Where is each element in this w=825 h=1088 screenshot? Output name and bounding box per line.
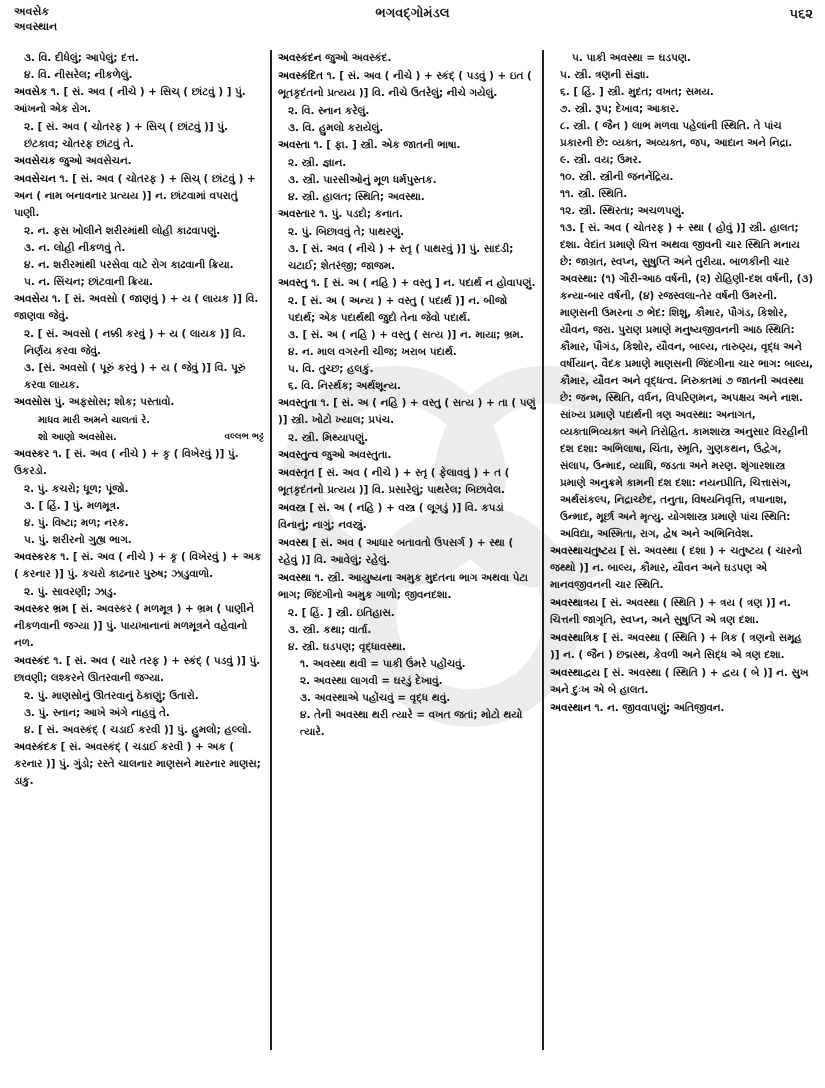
sense-line: ૨. પું. બિછાવવું તે; પાથરણું. <box>278 224 536 241</box>
sense-line: ૪. સ્ત્રી. ઘડપણ; વૃદ્ધાવસ્થા. <box>278 639 536 656</box>
sense-line: ૨. [ હિં. ] સ્ત્રી. ઇતિહાસ. <box>278 605 536 622</box>
sense-line: ૪. વિ. નીસરેલ; નીકળેલું. <box>14 67 264 84</box>
dictionary-entry: અવસ્તુ ૧. [ સં. અ ( નહિ ) + વસ્તુ ] ન. પ… <box>278 275 536 292</box>
headword: અવસ્કંદક <box>14 741 57 753</box>
sense-line: ૪. સ્ત્રી. હાલત; સ્થિતિ; અવસ્થા. <box>278 189 536 206</box>
definition-text: જુઓ અવસ્કંદ. <box>321 52 391 64</box>
headword: અવસ્ત્ર <box>278 502 306 514</box>
dictionary-entry: અવસ્તા ૧. [ ફા. ] સ્ત્રી. એક જાતની ભાષા. <box>278 137 536 154</box>
definition-text: જુઓ અવસેચન. <box>56 155 132 167</box>
sense-line: ૩. [સં. અવસો ( પૂરું કરવું ) + ય ( જેવું… <box>14 360 264 394</box>
dictionary-entry: અવસેચક જુઓ અવસેચન. <box>14 153 264 170</box>
dictionary-entry: અવસોસ પું. અફસોસ; શોક; પસ્તાવો. <box>14 394 264 411</box>
dictionary-entry: અવસ્કંદિત ૧. [ સં. અવ ( નીચે ) + સ્કંદ્ … <box>278 68 536 102</box>
headword: અવસ્કરક <box>14 551 57 563</box>
sense-line: ૭. સ્ત્રી. રૂપ; દેખાવ; આકાર. <box>550 101 814 118</box>
dictionary-entry: અવસેક ૧. [ સં. અવ ( નીચે ) + સિચ્ ( છાંટ… <box>14 84 264 118</box>
headword: અવસ્થાચતુષ્ટય <box>550 545 616 557</box>
sense-line: ૫. પું. શરીરનો ગુહ્ય ભાગ. <box>14 532 264 549</box>
sense-line: ૪. [ સં. અવસ્કંદ્ ( ચડાઈ કરવી )] પું. હુ… <box>14 722 264 739</box>
dictionary-title: ભગવદ્ગોમંડલ <box>0 6 825 21</box>
dictionary-entry: અવસ્તાર ૧. પું. પડદો; કનાત. <box>278 206 536 223</box>
definition-text: ૧. પું. પડદો; કનાત. <box>315 208 403 220</box>
definition-text: ૧. [ સં. અવ ( ચારે તરફ ) + સ્કંદ્ ( પડવુ… <box>14 655 260 684</box>
headword: અવસ્થા <box>278 572 311 584</box>
idiom-line: ૫. પાકી અવસ્થા = ઘડપણ. <box>550 50 814 67</box>
definition-text: ૧. [ સં. અ ( નહિ ) + વસ્તુ ( સત્ય ) + તા… <box>278 397 536 426</box>
sense-line: ૩. [ હિં. ] પું. મળમૂત્ર. <box>14 498 264 515</box>
definition-text: પું. અફસોસ; શોક; પસ્તાવો. <box>51 396 175 408</box>
sense-line: ૬. વિ. નિરર્થક; અર્થશૂન્ય. <box>278 378 536 395</box>
sense-line: ૪. ન. શરીરમાંથી પરસેવા વાટે રોગ કાઢવાની … <box>14 257 264 274</box>
sense-line: ૩. સ્ત્રી. કથા; વાર્તા. <box>278 622 536 639</box>
headword: અવસ્થાત્રિક <box>550 632 599 644</box>
headword: અવસ્તૃત <box>278 467 314 479</box>
definition-text: જુઓ અવસ્તુતા. <box>318 449 391 461</box>
sense-line: ૨. ન. ફસ ખોલીને શરીરમાંથી લોહી કાઢવાપણું… <box>14 223 264 240</box>
headword: અવસ્તુ <box>278 277 307 289</box>
headword: અવસ્થ <box>278 537 309 549</box>
column-1: ૩. વિ. દીધેલું; આપેલું; દત્ત.૪. વિ. નીસર… <box>8 50 270 1050</box>
dictionary-entry: અવસ્કંદક [ સં. અવસ્કંદ્ ( ચડાઈ કરવી ) + … <box>14 739 264 790</box>
quotation-source: વલ્લભ ભટ્ટ <box>224 429 264 446</box>
headword: અવસ્કર <box>14 448 49 460</box>
sense-line: ૧૩. [ સં. અવ ( ચોતરફ ) + સ્થા ( હોવું )]… <box>550 220 814 543</box>
definition-text: ૧. [ સં. અ ( નહિ ) + વસ્તુ ] ન. પદાર્થ ન… <box>307 277 535 289</box>
sense-line: ૩. પું. સ્નાન; આખે અંગે નાહવું તે. <box>14 705 264 722</box>
sense-line: ૬. [ હિં. ] સ્ત્રી. મુદત; વખત; સમય. <box>550 84 814 101</box>
definition-text: ૧. સ્ત્રી. આયુષ્યના અમુક મુદતના ભાગ અથવા… <box>278 572 528 601</box>
dictionary-entry: અવસ્કર ૧. [ સં. અવ ( નીચે ) + કૃ ( વિખેર… <box>14 446 264 480</box>
dictionary-entry: અવસેય ૧. [ સં. અવસો ( જાણવું ) + ય ( લાય… <box>14 291 264 325</box>
dictionary-columns: ૩. વિ. દીધેલું; આપેલું; દત્ત.૪. વિ. નીસર… <box>8 50 820 1050</box>
headword: અવસ્કર ભ્રમ <box>14 603 69 615</box>
sense-line: ૩. વિ. દીધેલું; આપેલું; દત્ત. <box>14 50 264 67</box>
dictionary-entry: અવસ્કંદ ૧. [ સં. અવ ( ચારે તરફ ) + સ્કંદ… <box>14 653 264 687</box>
dictionary-entry: અવસેચન ૧. [ સં. અવ ( ચોતરફ ) + સિચ્ ( છા… <box>14 171 264 222</box>
sense-line: ૨. પું. સાવરણી; ઝાડુ. <box>14 584 264 601</box>
headword: અવસ્કંદ <box>14 655 50 667</box>
headword: અવસ્થાદ્વય <box>550 667 600 679</box>
definition-text: [ સં. અ ( નહિ ) + વસ્ત્ર ( લૂગડું )] વિ.… <box>278 502 504 531</box>
dictionary-entry: અવસ્થાન ૧. ન. જીવવાપણું; અતિજીવન. <box>550 700 814 717</box>
dictionary-entry: અવસ્થા ૧. સ્ત્રી. આયુષ્યના અમુક મુદતના ભ… <box>278 570 536 604</box>
column-3: ૫. પાકી અવસ્થા = ઘડપણ.૫. સ્ત્રી. ત્રણની … <box>542 50 820 1050</box>
sense-line: ૨. વિ. સ્નાન કરેલું. <box>278 103 536 120</box>
definition-text: ૧. [ ફા. ] સ્ત્રી. એક જાતની ભાષા. <box>310 139 460 151</box>
headword: અવસ્તુત્વ <box>278 449 318 461</box>
sense-line: ૨. [ સં. અવસો ( નક્કી કરવું ) + ય ( લાયક… <box>14 326 264 360</box>
headword: અવસેક <box>14 86 47 98</box>
idiom-line: ૨. અવસ્થા લાગવી = ઘરડું દેખાવું. <box>278 673 536 690</box>
headword: અવસેચન <box>14 173 56 185</box>
sense-line: ૩. વિ. હુમલો કરાયેલું. <box>278 120 536 137</box>
headword: અવસ્કંદિત <box>278 70 323 82</box>
page-header: અવસેક અવસ્થાન ભગવદ્ગોમંડલ ૫૬૨ <box>0 0 825 44</box>
headword: અવસ્થાત્રય <box>550 597 598 609</box>
sense-line: ૫. ન. સિંચન; છાંટવાની ક્રિયા. <box>14 274 264 291</box>
sense-line: ૨. સ્ત્રી. જ્ઞાન. <box>278 155 536 172</box>
definition-text: [ સં. અવ ( આધાર બતાવતો ઉપસર્ગ ) + સ્થા (… <box>278 537 513 566</box>
headword: અવસ્તા <box>278 139 310 151</box>
idiom-line: ૩. અવસ્થાએ પહોંચવું = વૃદ્ધ થવું. <box>278 690 536 707</box>
headword: અવસ્થાન <box>550 702 591 714</box>
dictionary-entry: અવસ્થાચતુષ્ટય [ સં. અવસ્થા ( દશા ) + ચતુ… <box>550 543 814 594</box>
sense-line: ૨. પું. માણસોનું ઊતરવાનું ઠેકાણું; ઉતારો… <box>14 688 264 705</box>
dictionary-entry: અવસ્કંદન જુઓ અવસ્કંદ. <box>278 50 536 67</box>
guide-word-last: અવસ્થાન <box>14 19 57 34</box>
sense-line: ૩. [ સં. અ ( નહિ ) + વસ્તુ ( સત્ય )] ન. … <box>278 327 536 344</box>
quotation-line: શો આણો અવસોસ.વલ્લભ ભટ્ટ <box>14 429 264 446</box>
sense-line: ૧૧. સ્ત્રી. સ્થિતિ. <box>550 186 814 203</box>
dictionary-entry: અવસ્તુત્વ જુઓ અવસ્તુતા. <box>278 447 536 464</box>
quotation-line: માધવ મારી અમને ચાલતાં રે. <box>14 412 264 429</box>
headword: અવસ્તાર <box>278 208 315 220</box>
definition-text: ૧. [ સં. અવસો ( જાણવું ) + ય ( લાયક )] વ… <box>14 293 258 322</box>
sense-line: ૨. [ સં. અ ( અન્ય ) + વસ્તુ ( પદાર્થ )] … <box>278 293 536 327</box>
idiom-line: ૪. તેની અવસ્થા થરી ત્યારે = વખત જતાં; મો… <box>278 707 536 741</box>
dictionary-entry: અવસ્થાદ્વય [ સં. અવસ્થા ( સ્થિતિ ) + દ્વ… <box>550 665 814 699</box>
page-number: ૫૬૨ <box>790 7 813 22</box>
sense-line: ૮. સ્ત્રી. ( જૈન ) લાભ મળવા પહેલાંની સ્થ… <box>550 118 814 152</box>
sense-line: ૯. સ્ત્રી. વય; ઉમર. <box>550 152 814 169</box>
dictionary-entry: અવસ્થ [ સં. અવ ( આધાર બતાવતો ઉપસર્ગ ) + … <box>278 535 536 569</box>
definition-text: ૧. ન. જીવવાપણું; અતિજીવન. <box>591 702 725 714</box>
sense-line: ૪. ન. માલ વગરની ચીજ; ખરાબ પદાર્થ. <box>278 344 536 361</box>
sense-line: ૨. [ સં. અવ ( ચોતરફ ) + સિચ્ ( છાંટવું )… <box>14 119 264 153</box>
sense-line: ૩. સ્ત્રી. પારસીઓનું મૂળ ધર્મપુસ્તક. <box>278 172 536 189</box>
sense-line: ૩. ન. લોહી નીકળવું તે. <box>14 240 264 257</box>
sense-line: ૫. સ્ત્રી. ત્રણની સંજ્ઞા. <box>550 67 814 84</box>
dictionary-entry: અવસ્થાત્રય [ સં. અવસ્થા ( સ્થિતિ ) + ત્ર… <box>550 595 814 629</box>
headword: અવસેય <box>14 293 48 305</box>
sense-line: ૫. વિ. તુચ્છ; હલકું. <box>278 361 536 378</box>
sense-line: ૪. પું. વિષ્ટા; મળ; નરક. <box>14 515 264 532</box>
sense-line: ૧૨. સ્ત્રી. સ્થિરતા; અચળપણું. <box>550 203 814 220</box>
headword: અવસેચક <box>14 155 56 167</box>
dictionary-entry: અવસ્કરક ૧. [ સં. અવ ( નીચે ) + કૃ ( વિખે… <box>14 549 264 583</box>
sense-line: ૨. સ્ત્રી. મિથ્યાપણું. <box>278 430 536 447</box>
headword: અવસ્તુતા <box>278 397 317 409</box>
dictionary-entry: અવસ્તુતા ૧. [ સં. અ ( નહિ ) + વસ્તુ ( સત… <box>278 395 536 429</box>
sense-line: ૨. પું. કચરો; ધૂળ; પૂંજો. <box>14 481 264 498</box>
sense-line: ૩. [ સં. અવ ( નીચે ) + સ્તૃ ( પાથરવું )]… <box>278 241 536 275</box>
dictionary-entry: અવસ્કર ભ્રમ [ સં. અવસ્કર ( મળમૂત્ર ) + ભ… <box>14 601 264 652</box>
idiom-line: ૧. અવસ્થા થવી = પાકી ઉંમરે પહોંચવું. <box>278 656 536 673</box>
sense-line: ૧૦. સ્ત્રી. સ્ત્રીની જનનેંદ્રિય. <box>550 169 814 186</box>
headword: અવસોસ <box>14 396 51 408</box>
dictionary-entry: અવસ્તૃત [ સં. અવ ( નીચે ) + સ્તૃ ( ફેલાવ… <box>278 465 536 499</box>
dictionary-entry: અવસ્ત્ર [ સં. અ ( નહિ ) + વસ્ત્ર ( લૂગડુ… <box>278 500 536 534</box>
headword: અવસ્કંદન <box>278 52 321 64</box>
quotation-text: શો આણો અવસોસ. <box>38 432 117 443</box>
dictionary-entry: અવસ્થાત્રિક [ સં. અવસ્થા ( સ્થિતિ ) + ત્… <box>550 630 814 664</box>
quotation-text: માધવ મારી અમને ચાલતાં રે. <box>38 415 150 426</box>
definition-text: ૧. [ સં. અવ ( નીચે ) + સિચ્ ( છાંટવું ) … <box>14 86 246 115</box>
column-2: અવસ્કંદન જુઓ અવસ્કંદ.અવસ્કંદિત ૧. [ સં. … <box>270 50 542 1050</box>
